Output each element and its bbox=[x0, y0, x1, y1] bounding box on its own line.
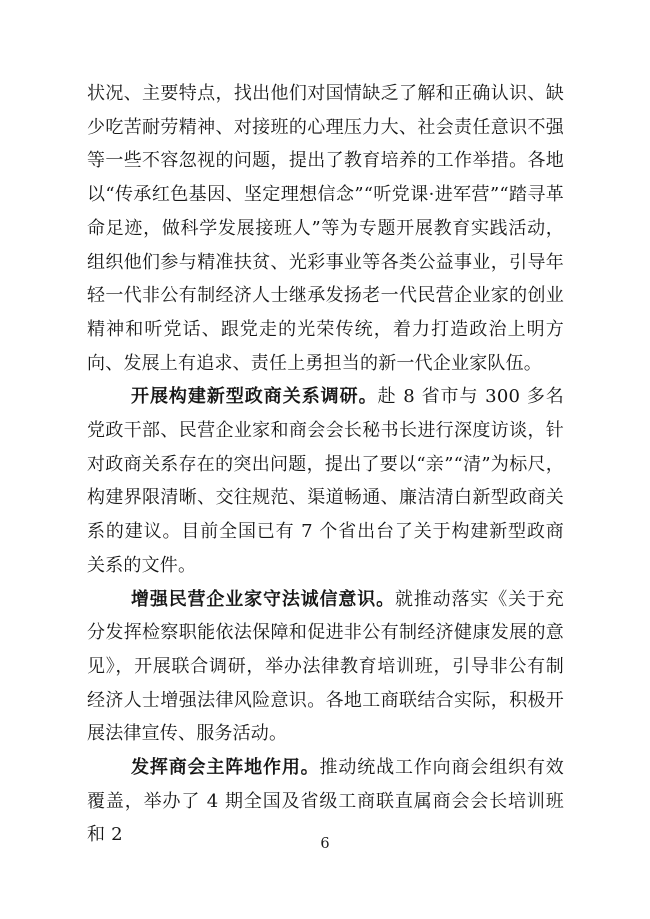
paragraph: 状况、主要特点，找出他们对国情缺乏了解和正确认识、缺少吃苦耐劳精神、对接班的心理… bbox=[87, 77, 564, 380]
paragraph: 开展构建新型政商关系调研。赴 8 省市与 300 多名党政干部、民营企业家和商会… bbox=[87, 380, 564, 582]
paragraph-body: 状况、主要特点，找出他们对国情缺乏了解和正确认识、缺少吃苦耐劳精神、对接班的心理… bbox=[87, 83, 564, 374]
paragraph-lead: 增强民营企业家守法诚信意识。 bbox=[131, 589, 395, 610]
paragraph-lead: 发挥商会主阵地作用。 bbox=[131, 757, 320, 778]
document-page: 状况、主要特点，找出他们对国情缺乏了解和正确认识、缺少吃苦耐劳精神、对接班的心理… bbox=[0, 0, 650, 919]
paragraph: 增强民营企业家守法诚信意识。就推动落实《关于充分发挥检察职能依法保障和促进非公有… bbox=[87, 583, 564, 752]
page-number: 6 bbox=[320, 836, 329, 852]
paragraph-body: 就推动落实《关于充分发挥检察职能依法保障和促进非公有制经济健康发展的意见》，开展… bbox=[87, 589, 564, 745]
paragraph-body: 赴 8 省市与 300 多名党政干部、民营企业家和商会会长秘书长进行深度访谈，针… bbox=[87, 386, 564, 576]
document-body: 状况、主要特点，找出他们对国情缺乏了解和正确认识、缺少吃苦耐劳精神、对接班的心理… bbox=[87, 77, 564, 852]
page-footer: 6 bbox=[0, 833, 650, 852]
paragraph-lead: 开展构建新型政商关系调研。 bbox=[131, 386, 378, 407]
